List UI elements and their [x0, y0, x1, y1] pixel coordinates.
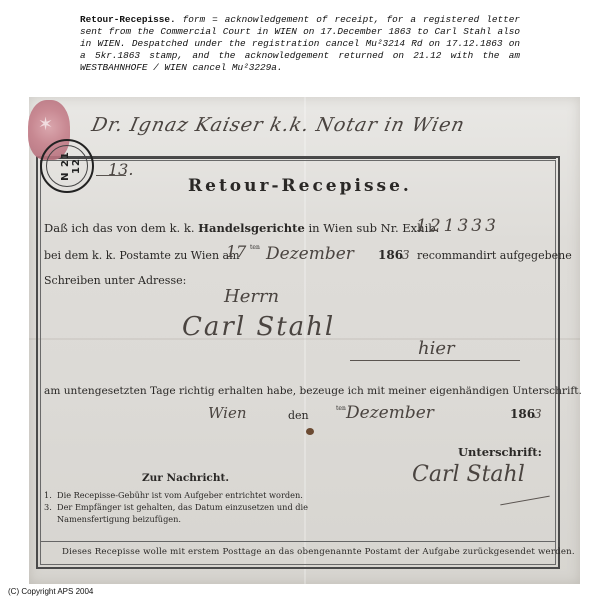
handwritten-year-digit-signed: 3 — [534, 407, 542, 421]
notice-heading: Zur Nachricht. — [142, 472, 229, 484]
handwritten-exhib-number: 121333 — [416, 216, 499, 236]
notice-item-1: 1. Die Recepisse-Gebühr ist vom Aufgeber… — [44, 490, 303, 500]
form-line-2-suffix: recommandirt aufgegebene — [417, 249, 572, 262]
handwritten-number: 13. — [108, 160, 133, 179]
postmark-date: N 21 12 — [60, 141, 82, 191]
handwritten-month-signed: Dezember — [346, 403, 434, 423]
ink-stain — [306, 428, 314, 435]
handwritten-day-sent: 17 — [226, 242, 246, 261]
handwritten-recipient-place: hier — [418, 338, 455, 359]
footer-rule — [40, 541, 556, 542]
recipient-underline — [350, 360, 520, 361]
handwritten-place-signed: Wien — [208, 404, 247, 422]
handwritten-signature: Carl Stahl — [412, 462, 525, 487]
form-line-1: Daß ich das von dem k. k. Handelsgericht… — [44, 221, 439, 235]
handwritten-year-digit-sent: 3 — [402, 248, 410, 262]
caption-text: Retour-Recepisse. form = acknowledgement… — [80, 14, 520, 74]
handwritten-herrn: Herrn — [224, 286, 279, 307]
copyright-notice: (C) Copyright APS 2004 — [8, 587, 93, 596]
handwritten-month-sent: Dezember — [266, 244, 354, 264]
number-underline — [96, 175, 126, 176]
year-prefix-sent: 186 — [378, 248, 403, 262]
notice-item-3: Namensfertigung beizufügen. — [44, 514, 181, 524]
addressee-rule — [40, 158, 556, 159]
form-line-2: bei dem k. k. Postamte zu Wien am — [44, 249, 240, 262]
date-suffix: ten — [336, 405, 346, 412]
caption-title: Retour-Recepisse. — [80, 14, 176, 25]
handwritten-addressee: Dr. Ignaz Kaiser k.k. Notar in Wien — [90, 114, 467, 136]
form-line-3: Schreiben unter Adresse: — [44, 274, 186, 287]
signature-label: Unterschrift: — [458, 445, 542, 459]
form-footer: Dieses Recepisse wolle mit erstem Postta… — [62, 547, 575, 557]
day-suffix: ten — [250, 244, 260, 251]
form-line-4: am untengesetzten Tage richtig erhalten … — [44, 385, 582, 397]
year-prefix-signed: 186 — [510, 407, 535, 421]
postmark-cancel: N 21 12 — [40, 139, 94, 193]
eagle-icon: ✶ — [38, 114, 53, 135]
form-title: Retour-Recepisse. — [188, 176, 412, 196]
date-den-label: den — [288, 409, 309, 422]
handwritten-recipient-name: Carl Stahl — [182, 312, 335, 342]
notice-item-2: 3. Der Empfänger ist gehalten, das Datum… — [44, 502, 308, 512]
